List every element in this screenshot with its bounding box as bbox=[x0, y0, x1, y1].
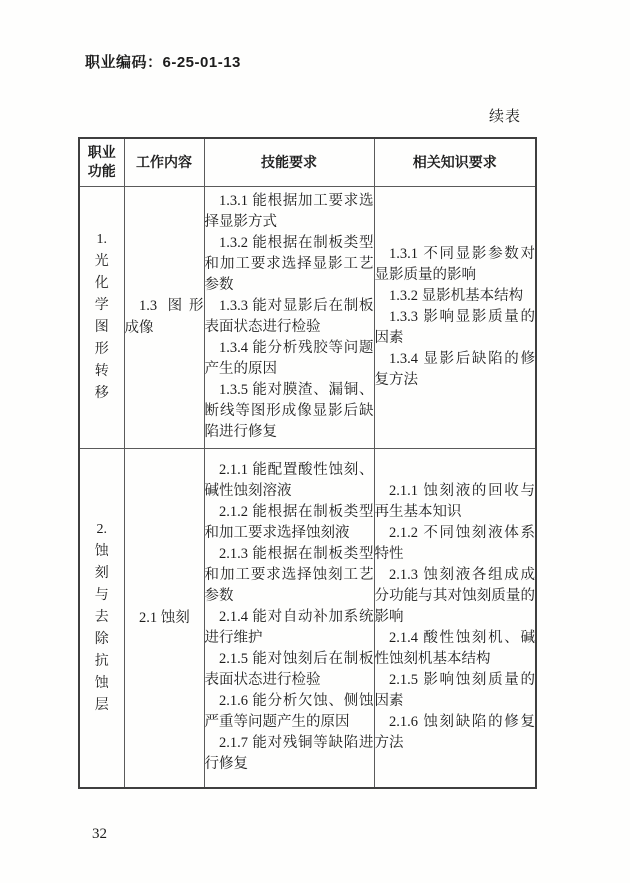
knowledge-item: 1.3.3 影响显影质量的因素 bbox=[375, 307, 536, 349]
skill-item: 2.1.1 能配置酸性蚀刻、碱性蚀刻溶液 bbox=[205, 460, 374, 502]
knowledge-cell: 2.1.1 蚀刻液的回收与再生基本知识 2.1.2 不同蚀刻液体系特性 2.1.… bbox=[374, 448, 536, 788]
work-content-text: 2.1 蚀刻 bbox=[125, 607, 204, 629]
function-cell: 1. 光化学图形转移 bbox=[79, 186, 124, 448]
knowledge-item: 1.3.4 显影后缺陷的修复方法 bbox=[375, 349, 536, 391]
skill-item: 1.3.4 能分析残胶等问题产生的原因 bbox=[205, 338, 374, 380]
document-page: 职业编码：6-25-01-13 续表 职业功能 工作内容 技能要求 相关知识要求… bbox=[0, 0, 630, 883]
knowledge-item: 1.3.2 显影机基本结构 bbox=[375, 286, 536, 307]
work-content-text: 1.3 图形成像 bbox=[125, 295, 204, 339]
skill-item: 1.3.1 能根据加工要求选择显影方式 bbox=[205, 191, 374, 233]
knowledge-item: 2.1.5 影响蚀刻质量的因素 bbox=[375, 670, 536, 712]
skill-item: 2.1.6 能分析欠蚀、侧蚀严重等问题产生的原因 bbox=[205, 691, 374, 733]
skills-cell: 2.1.1 能配置酸性蚀刻、碱性蚀刻溶液 2.1.2 能根据在制板类型和加工要求… bbox=[204, 448, 374, 788]
function-cell: 2. 蚀刻与去除抗蚀层 bbox=[79, 448, 124, 788]
knowledge-item: 2.1.6 蚀刻缺陷的修复方法 bbox=[375, 712, 536, 754]
knowledge-item: 2.1.4 酸性蚀刻机、碱性蚀刻机基本结构 bbox=[375, 628, 536, 670]
work-content-cell: 2.1 蚀刻 bbox=[124, 448, 204, 788]
col-header-knowledge: 相关知识要求 bbox=[374, 138, 536, 186]
knowledge-item: 2.1.1 蚀刻液的回收与再生基本知识 bbox=[375, 481, 536, 523]
work-content-cell: 1.3 图形成像 bbox=[124, 186, 204, 448]
skill-item: 2.1.4 能对自动补加系统进行维护 bbox=[205, 607, 374, 649]
table-header-row: 职业功能 工作内容 技能要求 相关知识要求 bbox=[79, 138, 536, 186]
knowledge-cell: 1.3.1 不同显影参数对显影质量的影响 1.3.2 显影机基本结构 1.3.3… bbox=[374, 186, 536, 448]
skill-item: 2.1.7 能对残铜等缺陷进行修复 bbox=[205, 733, 374, 775]
knowledge-item: 2.1.2 不同蚀刻液体系特性 bbox=[375, 523, 536, 565]
page-number: 32 bbox=[92, 826, 107, 843]
function-number: 2. bbox=[80, 519, 124, 541]
skill-item: 1.3.3 能对显影后在制板表面状态进行检验 bbox=[205, 296, 374, 338]
occupation-standard-table: 职业功能 工作内容 技能要求 相关知识要求 1. 光化学图形转移 1.3 图形成… bbox=[78, 137, 537, 789]
occupation-code-header: 职业编码：6-25-01-13 bbox=[85, 51, 241, 72]
function-name-vertical: 蚀刻与去除抗蚀层 bbox=[94, 541, 110, 717]
table-row-etching: 2. 蚀刻与去除抗蚀层 2.1 蚀刻 2.1.1 能配置酸性蚀刻、碱性蚀刻溶液 … bbox=[79, 448, 536, 788]
function-number: 1. bbox=[80, 229, 124, 251]
col-header-work-content: 工作内容 bbox=[124, 138, 204, 186]
knowledge-item: 2.1.3 蚀刻液各组成成分功能与其对蚀刻质量的影响 bbox=[375, 565, 536, 628]
continued-table-label: 续表 bbox=[78, 105, 521, 126]
knowledge-item: 1.3.1 不同显影参数对显影质量的影响 bbox=[375, 244, 536, 286]
skill-item: 2.1.5 能对蚀刻后在制板表面状态进行检验 bbox=[205, 649, 374, 691]
skill-item: 1.3.5 能对膜渣、漏铜、断线等图形成像显影后缺陷进行修复 bbox=[205, 380, 374, 443]
skill-item: 1.3.2 能根据在制板类型和加工要求选择显影工艺参数 bbox=[205, 233, 374, 296]
skills-cell: 1.3.1 能根据加工要求选择显影方式 1.3.2 能根据在制板类型和加工要求选… bbox=[204, 186, 374, 448]
function-name-vertical: 光化学图形转移 bbox=[94, 251, 110, 405]
skill-item: 2.1.2 能根据在制板类型和加工要求选择蚀刻液 bbox=[205, 502, 374, 544]
skill-item: 2.1.3 能根据在制板类型和加工要求选择蚀刻工艺参数 bbox=[205, 544, 374, 607]
table-row-photochemical: 1. 光化学图形转移 1.3 图形成像 1.3.1 能根据加工要求选择显影方式 … bbox=[79, 186, 536, 448]
col-header-skills: 技能要求 bbox=[204, 138, 374, 186]
col-header-function: 职业功能 bbox=[79, 138, 124, 186]
